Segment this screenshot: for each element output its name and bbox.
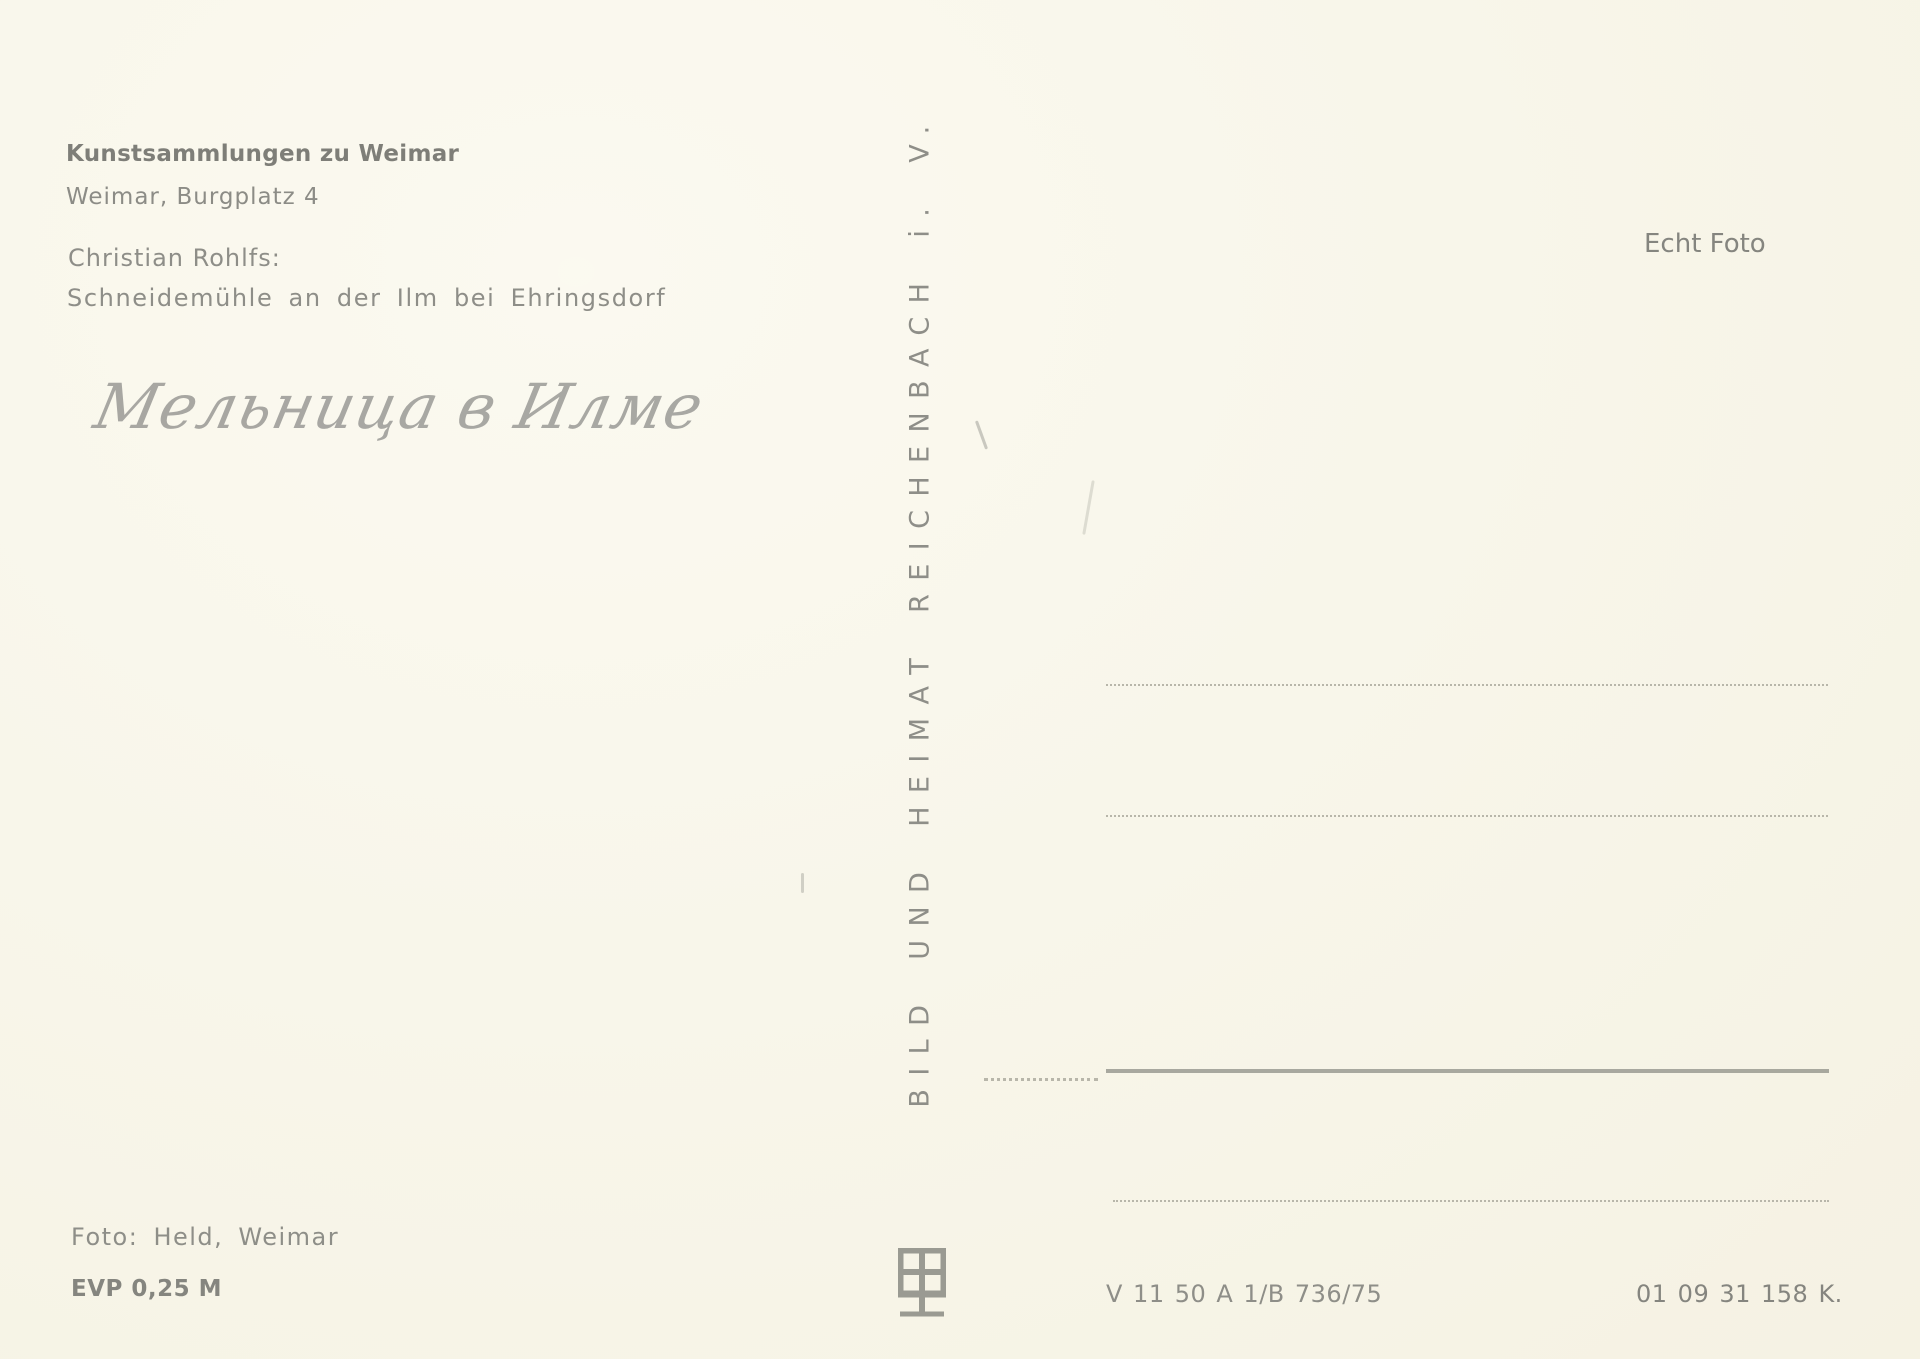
photo-type-label: Echt Foto: [1644, 229, 1766, 259]
artwork-title: Schneidemühle an der Ilm bei Ehringsdorf: [67, 284, 666, 312]
price-label: EVP 0,25 M: [71, 1276, 222, 1302]
paper-mark: [801, 873, 804, 893]
serial-number: 01 09 31 158 K.: [1636, 1280, 1843, 1308]
address-line-2: [1106, 815, 1828, 817]
paper-mark: [975, 420, 988, 449]
print-code: V 11 50 A 1/B 736/75: [1106, 1280, 1382, 1308]
paper-mark: [1082, 480, 1095, 535]
address-line-4: [1113, 1200, 1829, 1202]
vertical-publisher-imprint: BILD UND HEIMAT REICHENBACH i. V.: [905, 112, 936, 1107]
address-line-1: [1106, 684, 1828, 686]
handwritten-note: Мельница в Илме: [88, 370, 710, 443]
publisher-name: Kunstsammlungen zu Weimar: [66, 141, 459, 167]
address-line-3: [1106, 1069, 1829, 1073]
publisher-address: Weimar, Burgplatz 4: [66, 184, 320, 210]
artist-name: Christian Rohlfs:: [68, 244, 281, 272]
bild-und-heimat-logo-icon: [898, 1248, 946, 1318]
photo-credit: Foto: Held, Weimar: [71, 1223, 339, 1251]
address-line-3-lead: [984, 1078, 1098, 1081]
